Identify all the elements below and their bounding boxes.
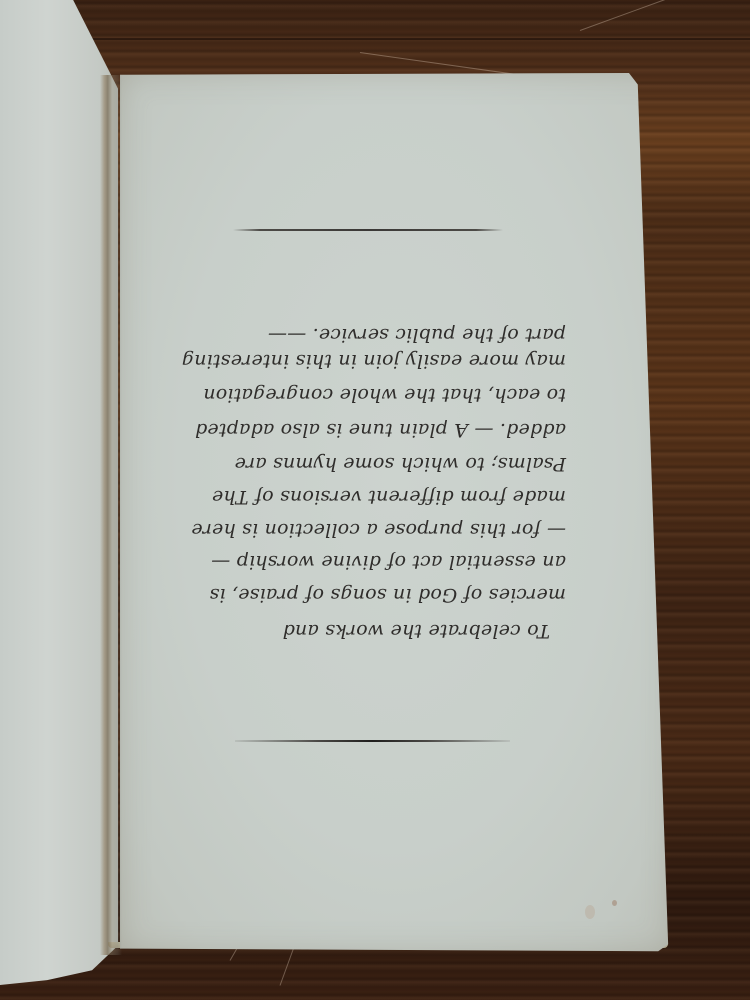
bottom-ornamental-rule — [235, 740, 510, 742]
text-line: to each, that the whole congregation — [236, 385, 566, 404]
text-line: made from different versions of The — [236, 487, 566, 506]
text-line: To celebrate the works and — [236, 621, 550, 640]
text-line: may more easily join in this interesting — [236, 351, 566, 370]
book-gutter — [100, 75, 122, 955]
wood-seam — [0, 38, 750, 40]
text-line: part of the public service. —— — [236, 325, 566, 344]
foxing-spot — [585, 905, 595, 919]
top-ornamental-rule — [233, 229, 503, 231]
foxing-spot — [612, 900, 617, 906]
inverted-script-text: To celebrate the works and mercies of Go… — [236, 300, 566, 640]
text-line: mercies of God in songs of praise, is — [236, 585, 566, 604]
text-line: added. — A plain tune is also adapted — [236, 420, 566, 439]
text-line: Psalms; to which some hymns are — [236, 454, 566, 473]
text-line: an essential act of divine worship — — [236, 552, 566, 571]
text-line: — for this purpose a collection is here — [236, 520, 566, 539]
